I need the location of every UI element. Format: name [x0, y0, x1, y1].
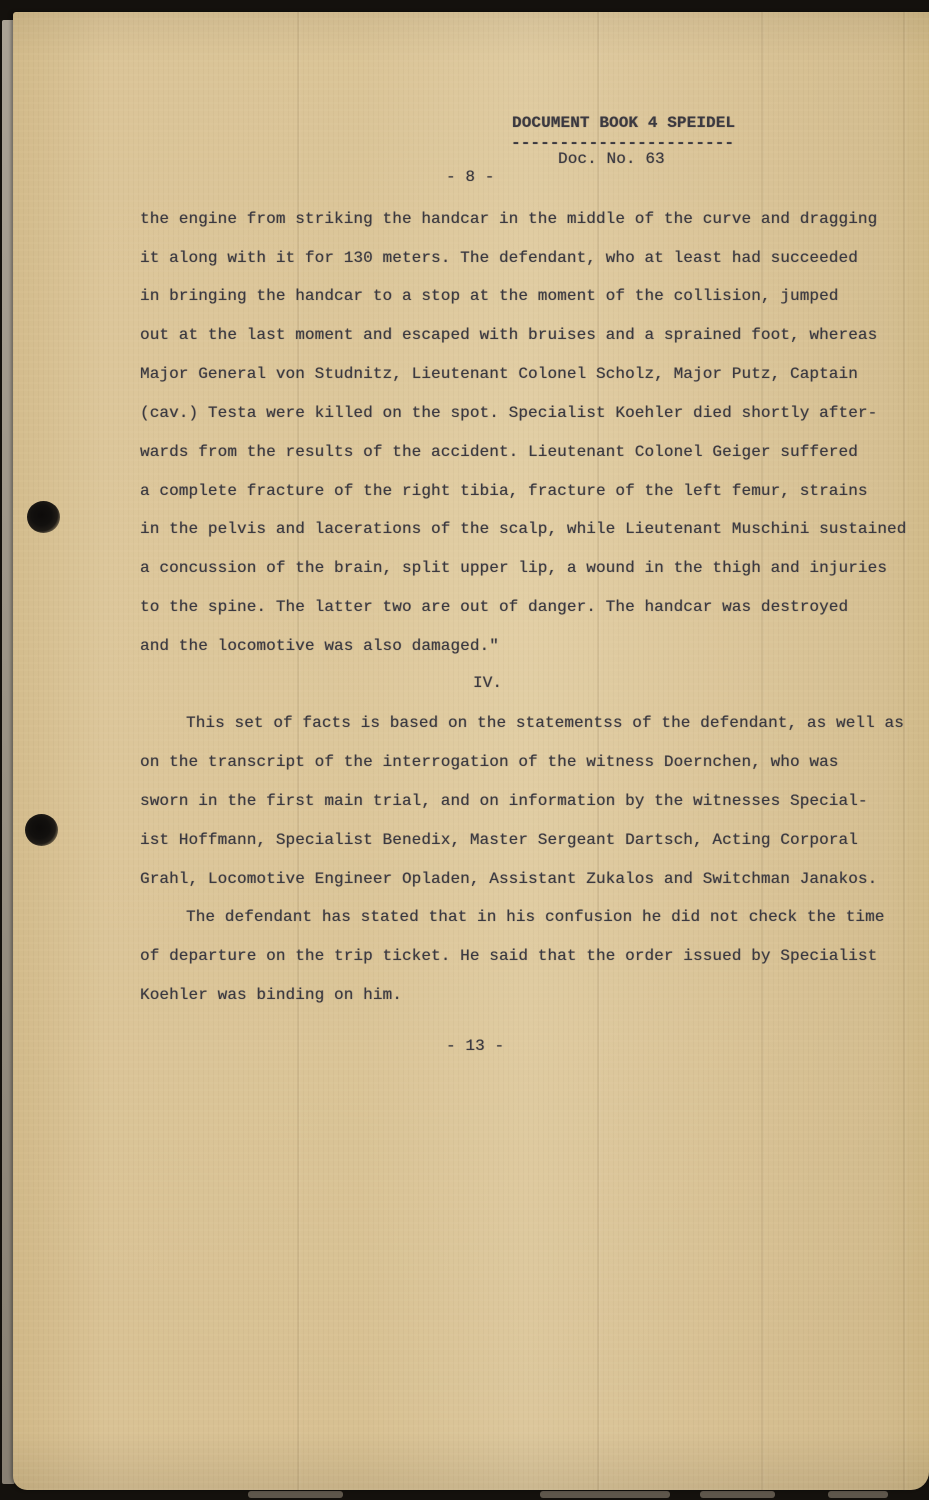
- page-number-top: - 8 -: [446, 167, 495, 187]
- hole-punch-bottom: [25, 814, 58, 846]
- text-line: out at the last moment and escaped with …: [140, 325, 877, 345]
- paper-crease: [761, 12, 763, 1490]
- page-number-bottom: - 13 -: [446, 1036, 504, 1056]
- text-line: to the spine. The latter two are out of …: [140, 597, 848, 617]
- text-line: in the pelvis and lacerations of the sca…: [140, 519, 906, 539]
- text-line: of departure on the trip ticket. He said…: [140, 946, 877, 966]
- text-line: The defendant has stated that in his con…: [186, 907, 885, 927]
- text-line: and the locomotive was also damaged.": [140, 636, 499, 656]
- text-line: on the transcript of the interrogation o…: [140, 752, 839, 772]
- text-line: in bringing the handcar to a stop at the…: [140, 286, 839, 306]
- paper-crease: [903, 12, 905, 1490]
- doc-number: Doc. No. 63: [558, 149, 665, 169]
- document-page: [13, 12, 929, 1490]
- page-edge-blob: [540, 1491, 670, 1498]
- text-line: Koehler was binding on him.: [140, 985, 402, 1005]
- page-edge-blob: [828, 1491, 888, 1498]
- text-line: sworn in the first main trial, and on in…: [140, 791, 868, 811]
- text-line: ist Hoffmann, Specialist Benedix, Master…: [140, 830, 858, 850]
- book-title: DOCUMENT BOOK 4 SPEIDEL: [512, 113, 735, 133]
- scanned-document: DOCUMENT BOOK 4 SPEIDEL ----------------…: [0, 0, 929, 1500]
- paper-crease: [597, 12, 599, 1490]
- text-line: the engine from striking the handcar in …: [140, 209, 877, 229]
- text-line: Major General von Studnitz, Lieutenant C…: [140, 364, 858, 384]
- text-line: wards from the results of the accident. …: [140, 442, 858, 462]
- paper-grain: [13, 12, 929, 1490]
- paper-crease: [297, 12, 299, 1490]
- page-edge-blob: [700, 1491, 775, 1498]
- text-line: (cav.) Testa were killed on the spot. Sp…: [140, 403, 877, 423]
- text-line: a concussion of the brain, split upper l…: [140, 558, 887, 578]
- page-edge-blob: [248, 1491, 343, 1498]
- text-line: Grahl, Locomotive Engineer Opladen, Assi…: [140, 869, 877, 889]
- section-heading: IV.: [473, 673, 502, 693]
- text-line: a complete fracture of the right tibia, …: [140, 481, 868, 501]
- text-line: it along with it for 130 meters. The def…: [140, 248, 858, 268]
- text-line: This set of facts is based on the statem…: [186, 713, 904, 733]
- hole-punch-top: [27, 501, 60, 533]
